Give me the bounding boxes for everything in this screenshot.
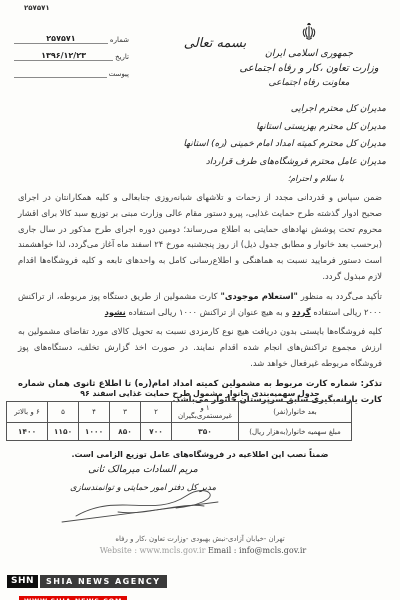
posting-notice: ضمناً نصب این اطلاعیه در فروشگاه‌های عام… — [0, 450, 400, 459]
signer-name: مریم السادات میرمالک ثانی — [58, 464, 228, 475]
table-row-household: بعد خانوار(نفر) ۱ و غیرمستمری‌بگیران ۲ ۳… — [7, 402, 352, 423]
table-cell: ۱۰۰۰ — [79, 423, 110, 441]
meta-date-row: تاریخ ۱۳۹۶/۱۲/۲۳ — [14, 51, 129, 61]
attachment-label: پیوست — [109, 70, 129, 78]
number-value: ۲۵۷۵۷۱ — [14, 34, 108, 44]
letter-body: ضمن سپاس و قدردانی مجدد از زحمات و تلاشه… — [18, 190, 382, 411]
table-cell: ۳۵۰ — [172, 423, 239, 441]
watermark-abbr: SHN — [7, 575, 38, 588]
table-cell: ۴ — [79, 402, 110, 423]
footer-links: Website : www.mcls.gov.ir Email : info@m… — [0, 546, 400, 555]
date-label: تاریخ — [115, 53, 129, 61]
salutation: با سلام و احترام؛ — [183, 174, 344, 183]
table-cell: ۸۵۰ — [110, 423, 141, 441]
iran-emblem-icon — [234, 22, 384, 44]
signer-title: مدیر کل دفتر امور حمایتی و توانمندسازی — [58, 483, 228, 493]
table-title: جدول سهمیه‌بندی خانوار مشمول طرح حمایت غ… — [0, 389, 400, 398]
p2-bold-inquiry: "استعلام موجودی" — [220, 291, 297, 301]
p2-bold-do: گردد — [292, 307, 311, 317]
quota-table: بعد خانوار(نفر) ۱ و غیرمستمری‌بگیران ۲ ۳… — [6, 401, 352, 441]
signature-block: مریم السادات میرمالک ثانی مدیر کل دفتر ا… — [58, 464, 228, 493]
footer-address: تهران -خیابان آزادی-نبش بهبودی -وزارت تع… — [0, 535, 400, 543]
letter-page: ۲۵۷۵۷۱ بسمه تعالی جمهوری اسلامی ایران وز… — [0, 0, 400, 600]
recipient-line: مدیران کل محترم اجرایی — [183, 101, 386, 119]
recipient-line: مدیران کل محترم کمیته امداد امام خمینی (… — [183, 136, 386, 154]
watermark-top-row: SHN SHIA NEWS AGENCY — [7, 575, 167, 588]
watermark-url: WWW.SHIA-NEWS.COM — [19, 596, 127, 600]
table-cell: ۷۰۰ — [141, 423, 172, 441]
news-agency-watermark: SHN SHIA NEWS AGENCY WWW.SHIA-NEWS.COM — [7, 575, 167, 600]
stamp-number: ۲۵۷۵۷۱ — [24, 4, 50, 12]
table-cell: ۱ و غیرمستمری‌بگیران — [172, 402, 239, 423]
table-cell: ۵ — [48, 402, 79, 423]
recipient-line: مدیران کل محترم بهزیستی استانها — [183, 119, 386, 137]
paragraph-emphasis: تأکید می‌گردد به منظور "استعلام موجودی" … — [18, 289, 382, 321]
footer-website: Website : www.mcls.gov.ir — [100, 546, 206, 555]
paragraph-intro: ضمن سپاس و قدردانی مجدد از زحمات و تلاشه… — [18, 190, 382, 285]
letter-footer: تهران -خیابان آزادی-نبش بهبودی -وزارت تع… — [0, 535, 400, 555]
table-cell: ۲ — [141, 402, 172, 423]
org-deputy: معاونت رفاه اجتماعی — [234, 76, 384, 91]
row-header-amount: مبلغ سهمیه خانوار(به‌هزار ریال) — [239, 423, 352, 441]
recipient-list: مدیران کل محترم اجرایی مدیران کل محترم ب… — [183, 101, 386, 183]
meta-attachment-row: پیوست — [14, 68, 129, 78]
org-header: جمهوری اسلامی ایران وزارت تعاون ،کار و ر… — [234, 22, 384, 91]
org-country: جمهوری اسلامی ایران — [234, 46, 384, 61]
table-cell: ۳ — [110, 402, 141, 423]
table-cell: ۶ و بالاتر — [7, 402, 48, 423]
paragraph-stores: کلیه فروشگاه‌ها بایستی بدون دریافت هیچ ن… — [18, 324, 382, 371]
table-cell: ۱۱۵۰ — [48, 423, 79, 441]
watermark-agency-name: SHIA NEWS AGENCY — [40, 575, 167, 588]
meta-number-row: شماره ۲۵۷۵۷۱ — [14, 34, 129, 44]
org-ministry: وزارت تعاون ،کار و رفاه اجتماعی — [234, 61, 384, 76]
recipient-line: مدیران عامل محترم فروشگاه‌های طرف قراردا… — [183, 154, 386, 172]
p2-bold-dont: نشود — [105, 307, 126, 317]
p2-text: تأکید می‌گردد به منظور — [298, 291, 382, 301]
p2-text: و به هیچ عنوان از تراکنش ۱۰۰۰ ریالی استف… — [126, 307, 292, 317]
number-label: شماره — [110, 36, 129, 44]
attachment-value — [14, 68, 107, 78]
row-header-household: بعد خانوار(نفر) — [239, 402, 352, 423]
letter-meta: شماره ۲۵۷۵۷۱ تاریخ ۱۳۹۶/۱۲/۲۳ پیوست — [14, 34, 129, 85]
date-value: ۱۳۹۶/۱۲/۲۳ — [14, 51, 113, 61]
table-cell: ۱۴۰۰ — [7, 423, 48, 441]
table-row-amount: مبلغ سهمیه خانوار(به‌هزار ریال) ۳۵۰ ۷۰۰ … — [7, 423, 352, 441]
footer-email: Email : info@mcls.gov.ir — [208, 546, 306, 555]
